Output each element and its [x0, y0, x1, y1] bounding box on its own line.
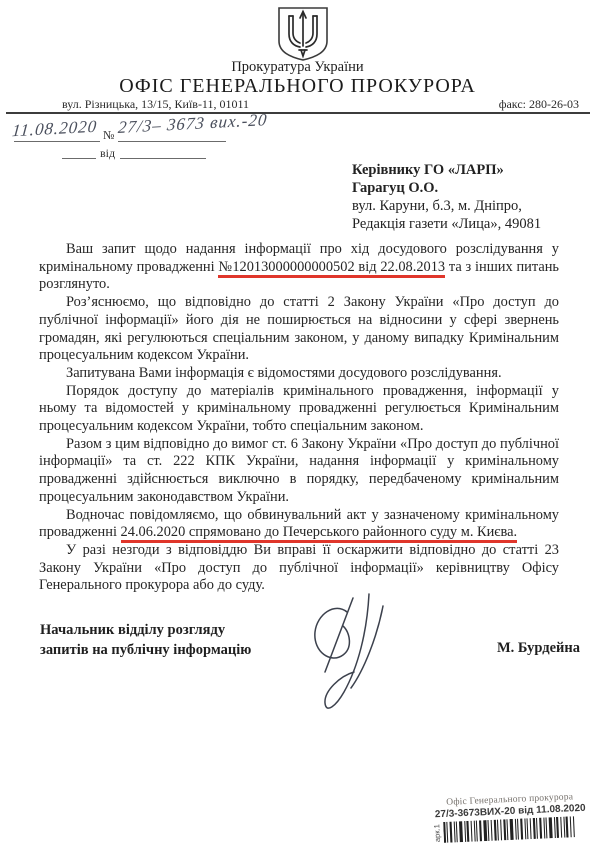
vid-label: від: [100, 146, 115, 161]
org-fax: факс: 280-26-03: [499, 97, 579, 112]
body-text: Разом з цим відповідно до вимог ст. 6 За…: [39, 436, 559, 505]
signer-title: Начальник відділу розгляду запитів на пу…: [40, 620, 251, 660]
red-underlined-text: 24.06.2020 спрямовано до Печерського рай…: [121, 524, 518, 543]
body-paragraph: Ваш запит щодо надання інформації про хі…: [39, 241, 559, 294]
scanned-letter-page: Прокуратура України ОФІС ГЕНЕРАЛЬНОГО ПР…: [0, 0, 595, 850]
recipient-line: Редакція газети «Лица», 49081: [352, 215, 541, 233]
form-underline: [14, 141, 100, 142]
org-address: вул. Різницька, 13/15, Київ-11, 01011: [62, 97, 249, 112]
body-paragraph: Водночас повідомляємо, що обвинувальний …: [39, 507, 559, 542]
body-paragraph: Разом з цим відповідно до вимог ст. 6 За…: [39, 436, 559, 507]
signer-title-line2: запитів на публічну інформацію: [40, 640, 251, 660]
body-paragraph: У разі незгоди з відповіддю Ви вправі її…: [39, 542, 559, 595]
sheet-number-label: арк.1: [433, 824, 441, 842]
body-paragraph: Роз’яснюємо, що відповідно до статті 2 З…: [39, 294, 559, 365]
handwritten-outgoing-number: 27/3– 3673 вих.-20: [117, 110, 268, 138]
body-text: Запитувана Вами інформація є відомостями…: [66, 365, 502, 381]
registration-stamp: Офіс Генерального прокурора 27/3-3673ВИХ…: [432, 792, 589, 844]
header-divider: [6, 112, 590, 114]
body-text: Роз’яснюємо, що відповідно до статті 2 З…: [39, 294, 559, 363]
body-text: Порядок доступу до матеріалів кримінальн…: [39, 383, 559, 434]
recipient-line: вул. Каруни, б.3, м. Дніпро,: [352, 197, 541, 215]
recipient-line: Гарагуц О.О.: [352, 179, 541, 197]
handwritten-date: 11.08.2020: [11, 117, 98, 142]
body-paragraph: Порядок доступу до матеріалів кримінальн…: [39, 383, 559, 436]
signer-title-line1: Начальник відділу розгляду: [40, 620, 251, 640]
barcode: [443, 816, 576, 843]
number-sign-label: №: [103, 128, 114, 143]
red-underlined-text: №12013000000000502 від 22.08.2013: [218, 259, 445, 278]
recipient-block: Керівнику ГО «ЛАРП»Гарагуц О.О.вул. Кару…: [352, 161, 541, 233]
org-name-secondary: Прокуратура України: [0, 59, 595, 76]
letter-body: Ваш запит щодо надання інформації про хі…: [39, 241, 559, 595]
org-name-primary: ОФІС ГЕНЕРАЛЬНОГО ПРОКУРОРА: [0, 75, 595, 98]
body-paragraph: Запитувана Вами інформація є відомостями…: [39, 365, 559, 383]
recipient-line: Керівнику ГО «ЛАРП»: [352, 161, 541, 179]
form-underline: [120, 158, 206, 159]
form-underline: [62, 158, 96, 159]
handwritten-signature: [295, 590, 425, 725]
body-text: У разі незгоди з відповіддю Ви вправі її…: [39, 542, 559, 593]
ukraine-trident-emblem-icon: [272, 6, 334, 60]
signer-name: М. Бурдейна: [497, 640, 580, 657]
form-underline: [118, 141, 226, 142]
